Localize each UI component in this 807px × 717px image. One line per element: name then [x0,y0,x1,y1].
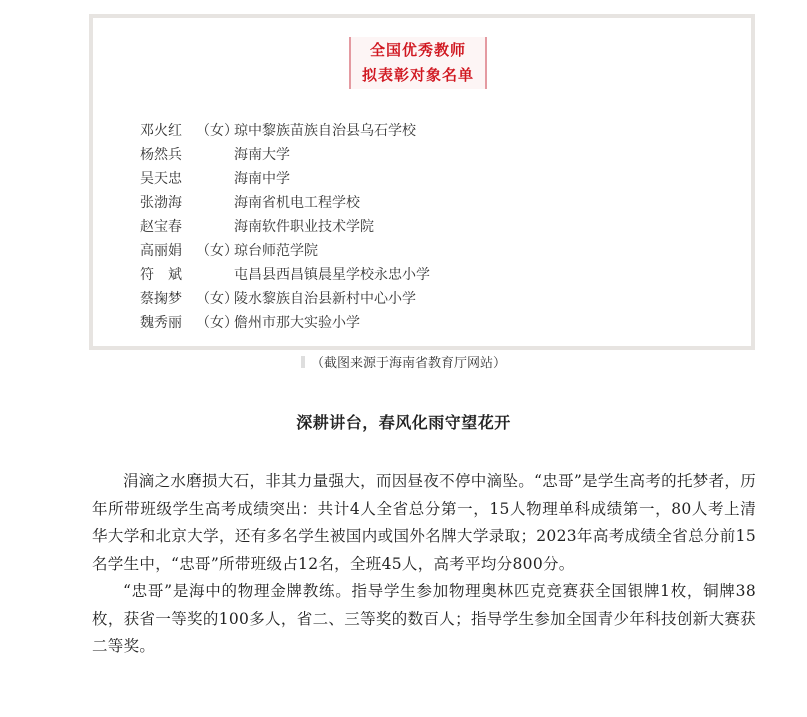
list-title-line-2: 拟表彰对象名单 [362,63,474,88]
teacher-school: 琼台师范学院 [234,239,318,263]
teacher-name: 高丽娟 [140,239,200,263]
paragraph: “忠哥”是海中的物理金牌教练。指导学生参加物理奥林匹克竞赛获全国银牌1枚，铜牌3… [92,578,756,661]
teacher-school: 儋州市那大实验小学 [234,311,360,335]
teacher-name: 邓火红 [140,119,200,143]
caption-text: （截图来源于海南省教育厅网站） [311,356,506,371]
caption-marker-icon [301,356,305,368]
article-body: 涓滴之水磨损大石，非其力量强大，而因昼夜不停中滴坠。“忠哥”是学生高考的托梦者，… [92,468,756,661]
paragraph: 涓滴之水磨损大石，非其力量强大，而因昼夜不停中滴坠。“忠哥”是学生高考的托梦者，… [92,468,756,578]
teacher-gender: （女） [196,239,236,263]
teacher-school: 屯昌县西昌镇晨星学校永忠小学 [234,263,430,287]
teacher-name: 蔡掬梦 [140,287,200,311]
list-title-line-1: 全国优秀教师 [370,38,466,63]
teacher-school: 陵水黎族自治县新村中心小学 [234,287,416,311]
teacher-gender: （女） [196,119,236,143]
teacher-name: 赵宝春 [140,215,200,239]
teacher-school: 海南软件职业技术学院 [234,215,374,239]
teacher-gender: （女） [196,311,236,335]
image-caption: （截图来源于海南省教育厅网站） [0,354,807,374]
teacher-name: 符 斌 [140,263,200,287]
teacher-school: 琼中黎族苗族自治县乌石学校 [234,119,416,143]
teacher-name: 杨然兵 [140,143,200,167]
section-heading: 深耕讲台，春风化雨守望花开 [0,410,807,433]
teacher-name: 吴天忠 [140,167,200,191]
teacher-name: 张渤海 [140,191,200,215]
teacher-school: 海南大学 [234,143,290,167]
list-title-box: 全国优秀教师 拟表彰对象名单 [349,37,487,89]
screenshot-figure: 全国优秀教师 拟表彰对象名单 邓火红 （女） 琼中黎族苗族自治县乌石学校 杨然兵… [89,14,755,350]
teacher-name: 魏秀丽 [140,311,200,335]
teacher-school: 海南中学 [234,167,290,191]
teacher-school: 海南省机电工程学校 [234,191,360,215]
teacher-gender: （女） [196,287,236,311]
